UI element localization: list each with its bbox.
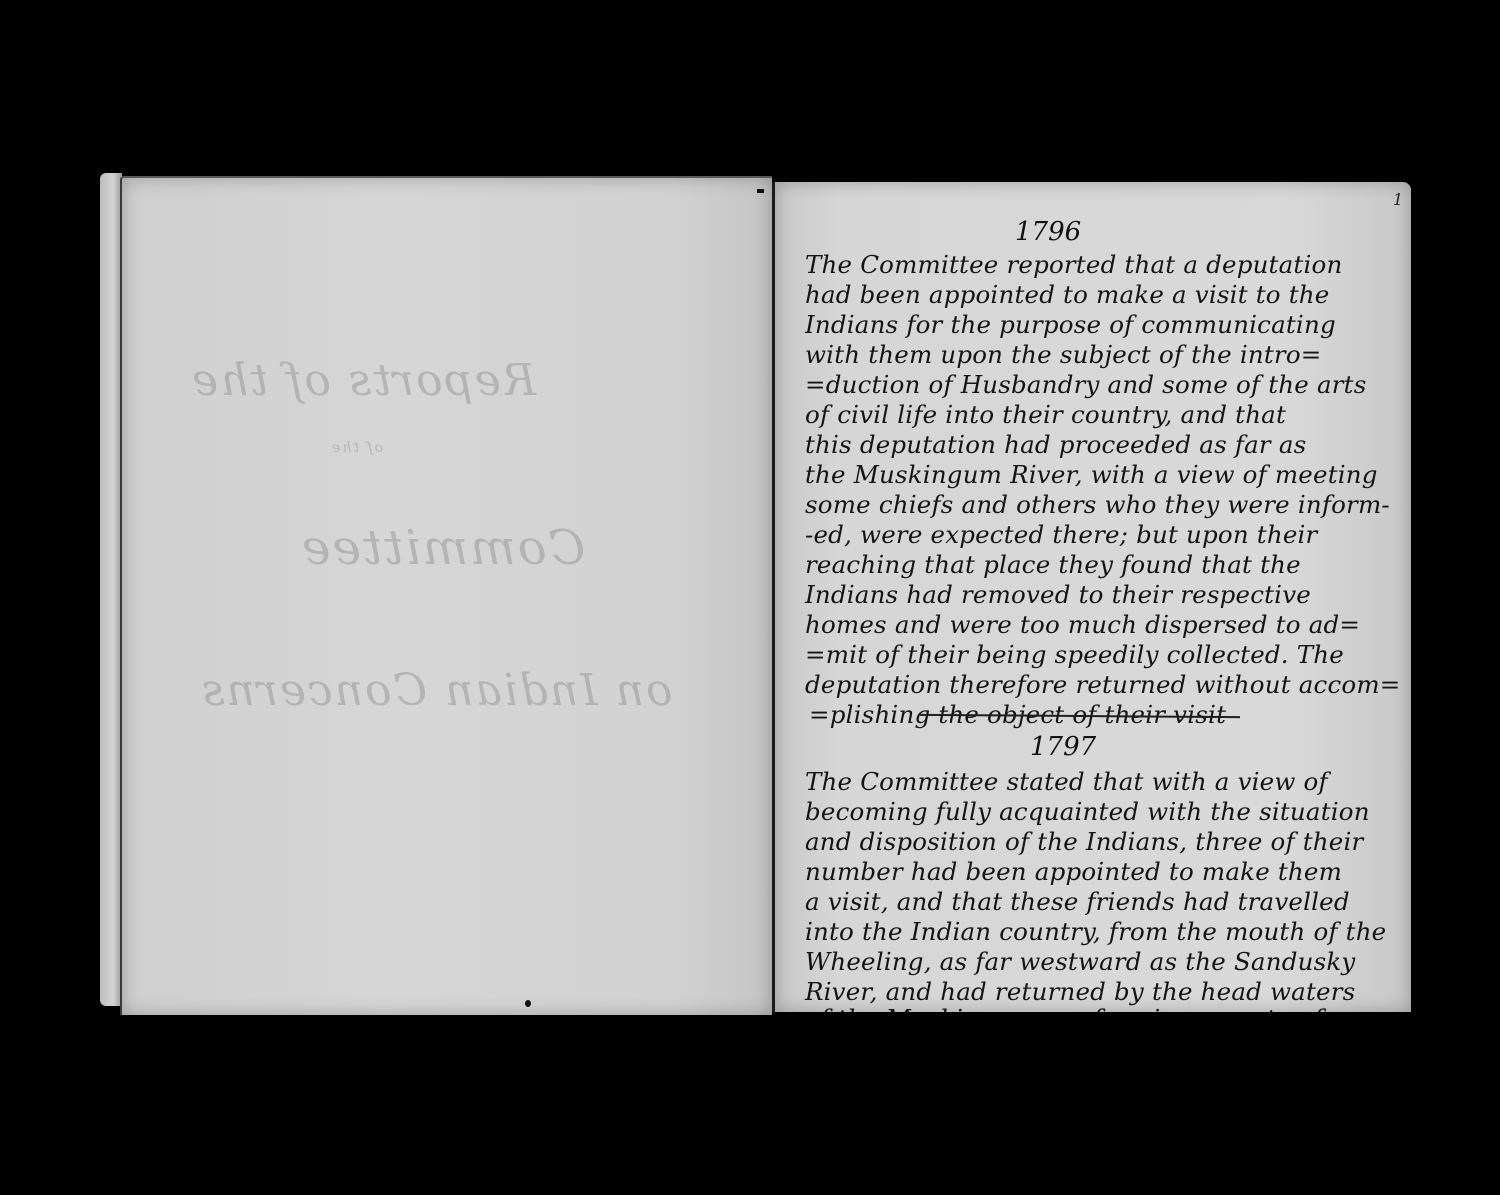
manuscript-line: had been appointed to make a visit to th… (805, 280, 1329, 309)
manuscript-line: reaching that place they found that the (805, 550, 1301, 579)
bleed-through-text: Committee (300, 520, 585, 576)
manuscript-line: some chiefs and others who they were inf… (805, 490, 1390, 519)
manuscript-line: =duction of Husbandry and some of the ar… (805, 370, 1366, 399)
entry-year-1797: 1797 (1030, 732, 1096, 762)
manuscript-line: -ed, were expected there; but upon their (805, 520, 1317, 549)
bleed-through-text: of the (330, 440, 383, 456)
manuscript-line: of the Muskingum, performing a route of … (805, 1004, 1396, 1012)
manuscript-line: =mit of their being speedily collected. … (805, 640, 1344, 669)
manuscript-line: the Muskingum River, with a view of meet… (805, 460, 1378, 489)
manuscript-line: with them upon the subject of the intro= (805, 340, 1322, 369)
manuscript-line: this deputation had proceeded as far as (805, 430, 1306, 459)
manuscript-line: Indians for the purpose of communicating (805, 310, 1336, 339)
gutter-mark (757, 189, 764, 193)
manuscript-line: The Committee reported that a deputation (805, 250, 1342, 279)
left-page (120, 176, 772, 1015)
ink-spot (525, 1000, 531, 1007)
manuscript-line: homes and were too much dispersed to ad= (805, 610, 1360, 639)
manuscript-line: River, and had returned by the head wate… (805, 977, 1355, 1006)
page-number: 1 (1393, 190, 1403, 209)
manuscript-line: of civil life into their country, and th… (805, 400, 1286, 429)
entry-year-1796: 1796 (1015, 217, 1081, 247)
manuscript-line: and disposition of the Indians, three of… (805, 827, 1363, 856)
manuscript-line: into the Indian country, from the mouth … (805, 917, 1386, 946)
right-page: 1 1796 The Committee reported that a dep… (772, 182, 1411, 1012)
manuscript-line: The Committee stated that with a view of (805, 767, 1328, 796)
bleed-through-text: Reports of the (190, 355, 536, 406)
bleed-through-text: on Indian Concerns (200, 665, 672, 716)
manuscript-scan: Reports of the of the Committee on India… (0, 0, 1500, 1195)
manuscript-line: deputation therefore returned without ac… (805, 670, 1401, 699)
book-edge (100, 173, 122, 1006)
manuscript-line: becoming fully acquainted with the situa… (805, 797, 1370, 826)
manuscript-line: Wheeling, as far westward as the Sandusk… (805, 947, 1355, 976)
manuscript-line: number had been appointed to make them (805, 857, 1342, 886)
manuscript-line: a visit, and that these friends had trav… (805, 887, 1350, 916)
manuscript-line: Indians had removed to their respective (805, 580, 1311, 609)
